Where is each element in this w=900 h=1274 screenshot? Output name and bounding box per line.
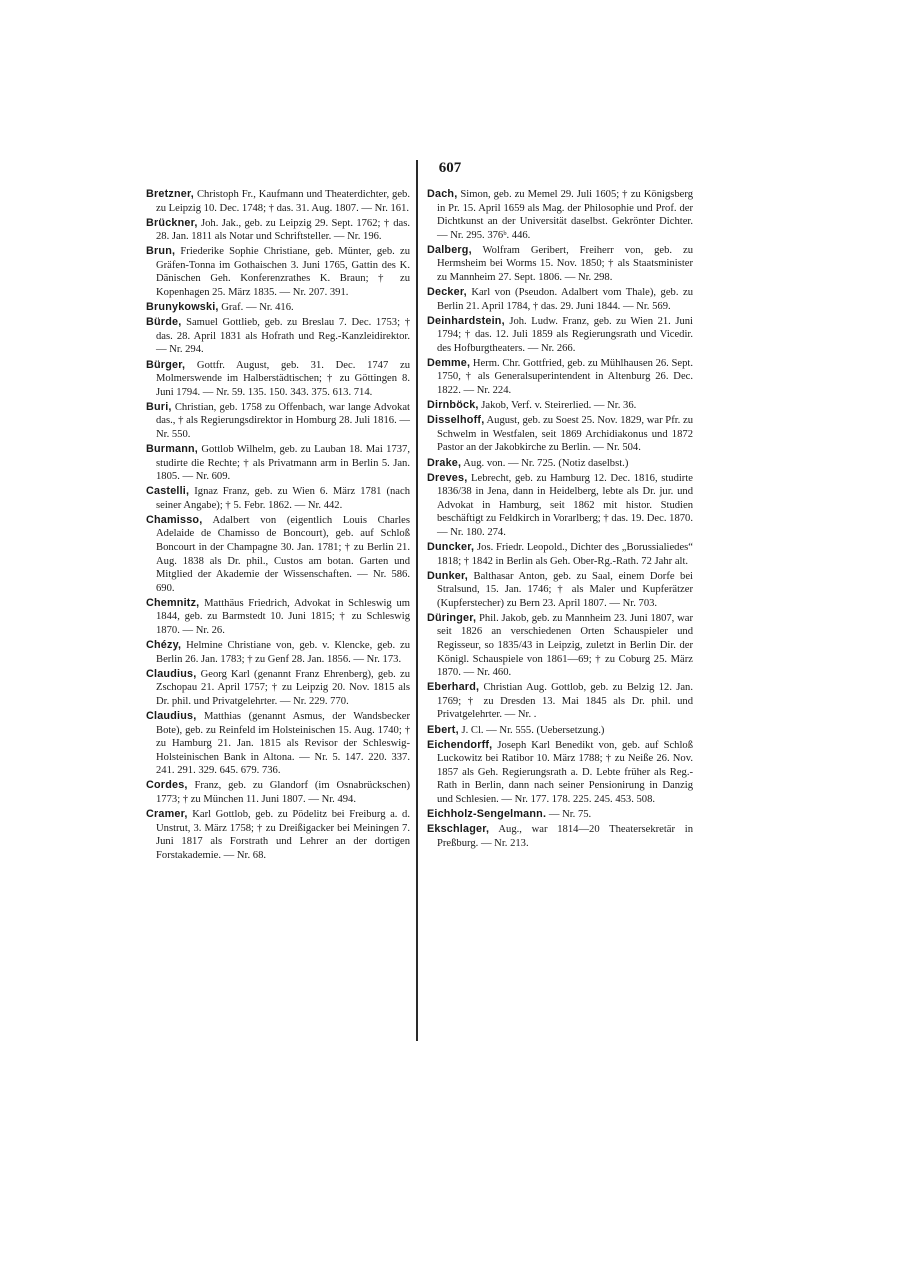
entry-name: Deinhardstein,: [427, 315, 505, 327]
entry-name: Demme,: [427, 357, 470, 369]
entry-name: Dreves,: [427, 472, 467, 484]
index-entry: Ebert, J. Cl. — Nr. 555. (Uebersetzung.): [427, 724, 693, 738]
entry-name: Brückner,: [146, 217, 198, 229]
index-entry: Castelli, Ignaz Franz, geb. zu Wien 6. M…: [146, 485, 410, 512]
entry-name: Claudius,: [146, 668, 196, 680]
entry-name: Ekschlager,: [427, 823, 489, 835]
entry-name: Bürde,: [146, 316, 181, 328]
entry-name: Brunykowski,: [146, 301, 219, 313]
entry-name: Bürger,: [146, 359, 185, 371]
index-entry: Bretzner, Christoph Fr., Kaufmann und Th…: [146, 188, 410, 215]
entry-name: Disselhoff,: [427, 414, 484, 426]
index-entry: Dreves, Lebrecht, geb. zu Hamburg 12. De…: [427, 472, 693, 540]
entry-name: Decker,: [427, 286, 467, 298]
entry-name: Dirnböck,: [427, 399, 479, 411]
index-entry: Chemnitz, Matthäus Friedrich, Advokat in…: [146, 597, 410, 638]
index-entry: Eichholz-Sengelmann. — Nr. 75.: [427, 808, 693, 822]
entry-name: Eichendorff,: [427, 739, 492, 751]
entry-name: Dach,: [427, 188, 457, 200]
column-divider: [416, 160, 418, 1041]
entry-text: Christian, geb. 1758 zu Offenbach, war l…: [156, 402, 410, 440]
index-entry: Chézy, Helmine Christiane von, geb. v. K…: [146, 639, 410, 666]
entry-text: Samuel Gottlieb, geb. zu Breslau 7. Dec.…: [156, 317, 410, 355]
entry-text: Graf. — Nr. 416.: [219, 302, 294, 313]
entry-name: Claudius,: [146, 710, 196, 722]
entry-text: Jakob, Verf. v. Steirerlied. — Nr. 36.: [479, 400, 637, 411]
index-entry: Deinhardstein, Joh. Ludw. Franz, geb. zu…: [427, 315, 693, 356]
index-entry: Demme, Herm. Chr. Gottfried, geb. zu Müh…: [427, 357, 693, 398]
entry-name: Castelli,: [146, 485, 189, 497]
entry-text: Helmine Christiane von, geb. v. Klencke,…: [156, 640, 410, 665]
entry-text: Ignaz Franz, geb. zu Wien 6. März 1781 (…: [156, 486, 410, 511]
entry-name: Bretzner,: [146, 188, 194, 200]
entry-name: Eichholz-Sengelmann.: [427, 808, 546, 820]
index-entry: Claudius, Georg Karl (genannt Franz Ehre…: [146, 668, 410, 709]
entry-text: Lebrecht, geb. zu Hamburg 12. Dec. 1816,…: [437, 473, 693, 538]
entry-text: Friederike Sophie Christiane, geb. Münte…: [156, 246, 410, 298]
index-entry: Eberhard, Christian Aug. Gottlob, geb. z…: [427, 681, 693, 722]
entry-text: Karl von (Pseudon. Adalbert vom Thale), …: [437, 287, 693, 312]
index-entry: Chamisso, Adalbert von (eigentlich Louis…: [146, 514, 410, 595]
entry-text: Jos. Friedr. Leopold., Dichter des „Boru…: [437, 542, 693, 567]
entry-name: Chézy,: [146, 639, 181, 651]
index-entry: Disselhoff, August, geb. zu Soest 25. No…: [427, 414, 693, 455]
right-column: Dach, Simon, geb. zu Memel 29. Juli 1605…: [427, 188, 693, 852]
index-entry: Decker, Karl von (Pseudon. Adalbert vom …: [427, 286, 693, 313]
entry-name: Brun,: [146, 245, 175, 257]
entry-name: Drake,: [427, 457, 461, 469]
entry-text: Aug. von. — Nr. 725. (Notiz daselbst.): [461, 458, 628, 469]
index-entry: Brückner, Joh. Jak., geb. zu Leipzig 29.…: [146, 217, 410, 244]
entry-name: Ebert,: [427, 724, 459, 736]
index-entry: Bürde, Samuel Gottlieb, geb. zu Breslau …: [146, 316, 410, 357]
entry-name: Eberhard,: [427, 681, 479, 693]
entry-name: Buri,: [146, 401, 172, 413]
entry-text: Christoph Fr., Kaufmann und Theaterdicht…: [156, 189, 410, 214]
index-entry: Brun, Friederike Sophie Christiane, geb.…: [146, 245, 410, 299]
entry-text: Phil. Jakob, geb. zu Mannheim 23. Juni 1…: [437, 613, 693, 678]
index-entry: Buri, Christian, geb. 1758 zu Offenbach,…: [146, 401, 410, 442]
entry-name: Chemnitz,: [146, 597, 199, 609]
index-entry: Cordes, Franz, geb. zu Glandorf (im Osna…: [146, 779, 410, 806]
entry-text: Gottfr. August, geb. 31. Dec. 1747 zu Mo…: [156, 360, 410, 398]
index-entry: Cramer, Karl Gottlob, geb. zu Pödelitz b…: [146, 808, 410, 862]
index-entry: Eichendorff, Joseph Karl Benedikt von, g…: [427, 739, 693, 807]
index-entry: Claudius, Matthias (genannt Asmus, der W…: [146, 710, 410, 778]
index-entry: Dach, Simon, geb. zu Memel 29. Juli 1605…: [427, 188, 693, 242]
entry-text: J. Cl. — Nr. 555. (Uebersetzung.): [459, 725, 605, 736]
index-entry: Ekschlager, Aug., war 1814—20 Theatersek…: [427, 823, 693, 850]
page-number: 607: [0, 160, 900, 177]
entry-text: Herm. Chr. Gottfried, geb. zu Mühlhausen…: [437, 358, 693, 396]
entry-name: Duncker,: [427, 541, 474, 553]
index-entry: Brunykowski, Graf. — Nr. 416.: [146, 301, 410, 315]
index-entry: Dunker, Balthasar Anton, geb. zu Saal, e…: [427, 570, 693, 611]
entry-name: Düringer,: [427, 612, 476, 624]
entry-text: Franz, geb. zu Glandorf (im Osnabrücksch…: [156, 780, 410, 805]
entry-text: Wolfram Geribert, Freiherr von, geb. zu …: [437, 245, 693, 283]
index-entry: Bürger, Gottfr. August, geb. 31. Dec. 17…: [146, 359, 410, 400]
index-entry: Duncker, Jos. Friedr. Leopold., Dichter …: [427, 541, 693, 568]
entry-name: Dunker,: [427, 570, 468, 582]
entry-name: Cramer,: [146, 808, 188, 820]
entry-text: Simon, geb. zu Memel 29. Juli 1605; † zu…: [437, 189, 693, 241]
index-entry: Düringer, Phil. Jakob, geb. zu Mannheim …: [427, 612, 693, 680]
entry-text: — Nr. 75.: [546, 809, 591, 820]
entry-name: Cordes,: [146, 779, 188, 791]
entry-name: Burmann,: [146, 443, 198, 455]
index-entry: Burmann, Gottlob Wilhelm, geb. zu Lauban…: [146, 443, 410, 484]
entry-text: Balthasar Anton, geb. zu Saal, einem Dor…: [437, 571, 693, 609]
entry-name: Dalberg,: [427, 244, 472, 256]
entry-name: Chamisso,: [146, 514, 202, 526]
index-entry: Dalberg, Wolfram Geribert, Freiherr von,…: [427, 244, 693, 285]
index-entry: Drake, Aug. von. — Nr. 725. (Notiz dasel…: [427, 457, 693, 471]
left-column: Bretzner, Christoph Fr., Kaufmann und Th…: [146, 188, 410, 864]
entry-text: Karl Gottlob, geb. zu Pödelitz bei Freib…: [156, 809, 410, 861]
entry-text: Adalbert von (eigentlich Louis Charles A…: [156, 515, 410, 594]
index-entry: Dirnböck, Jakob, Verf. v. Steirerlied. —…: [427, 399, 693, 413]
